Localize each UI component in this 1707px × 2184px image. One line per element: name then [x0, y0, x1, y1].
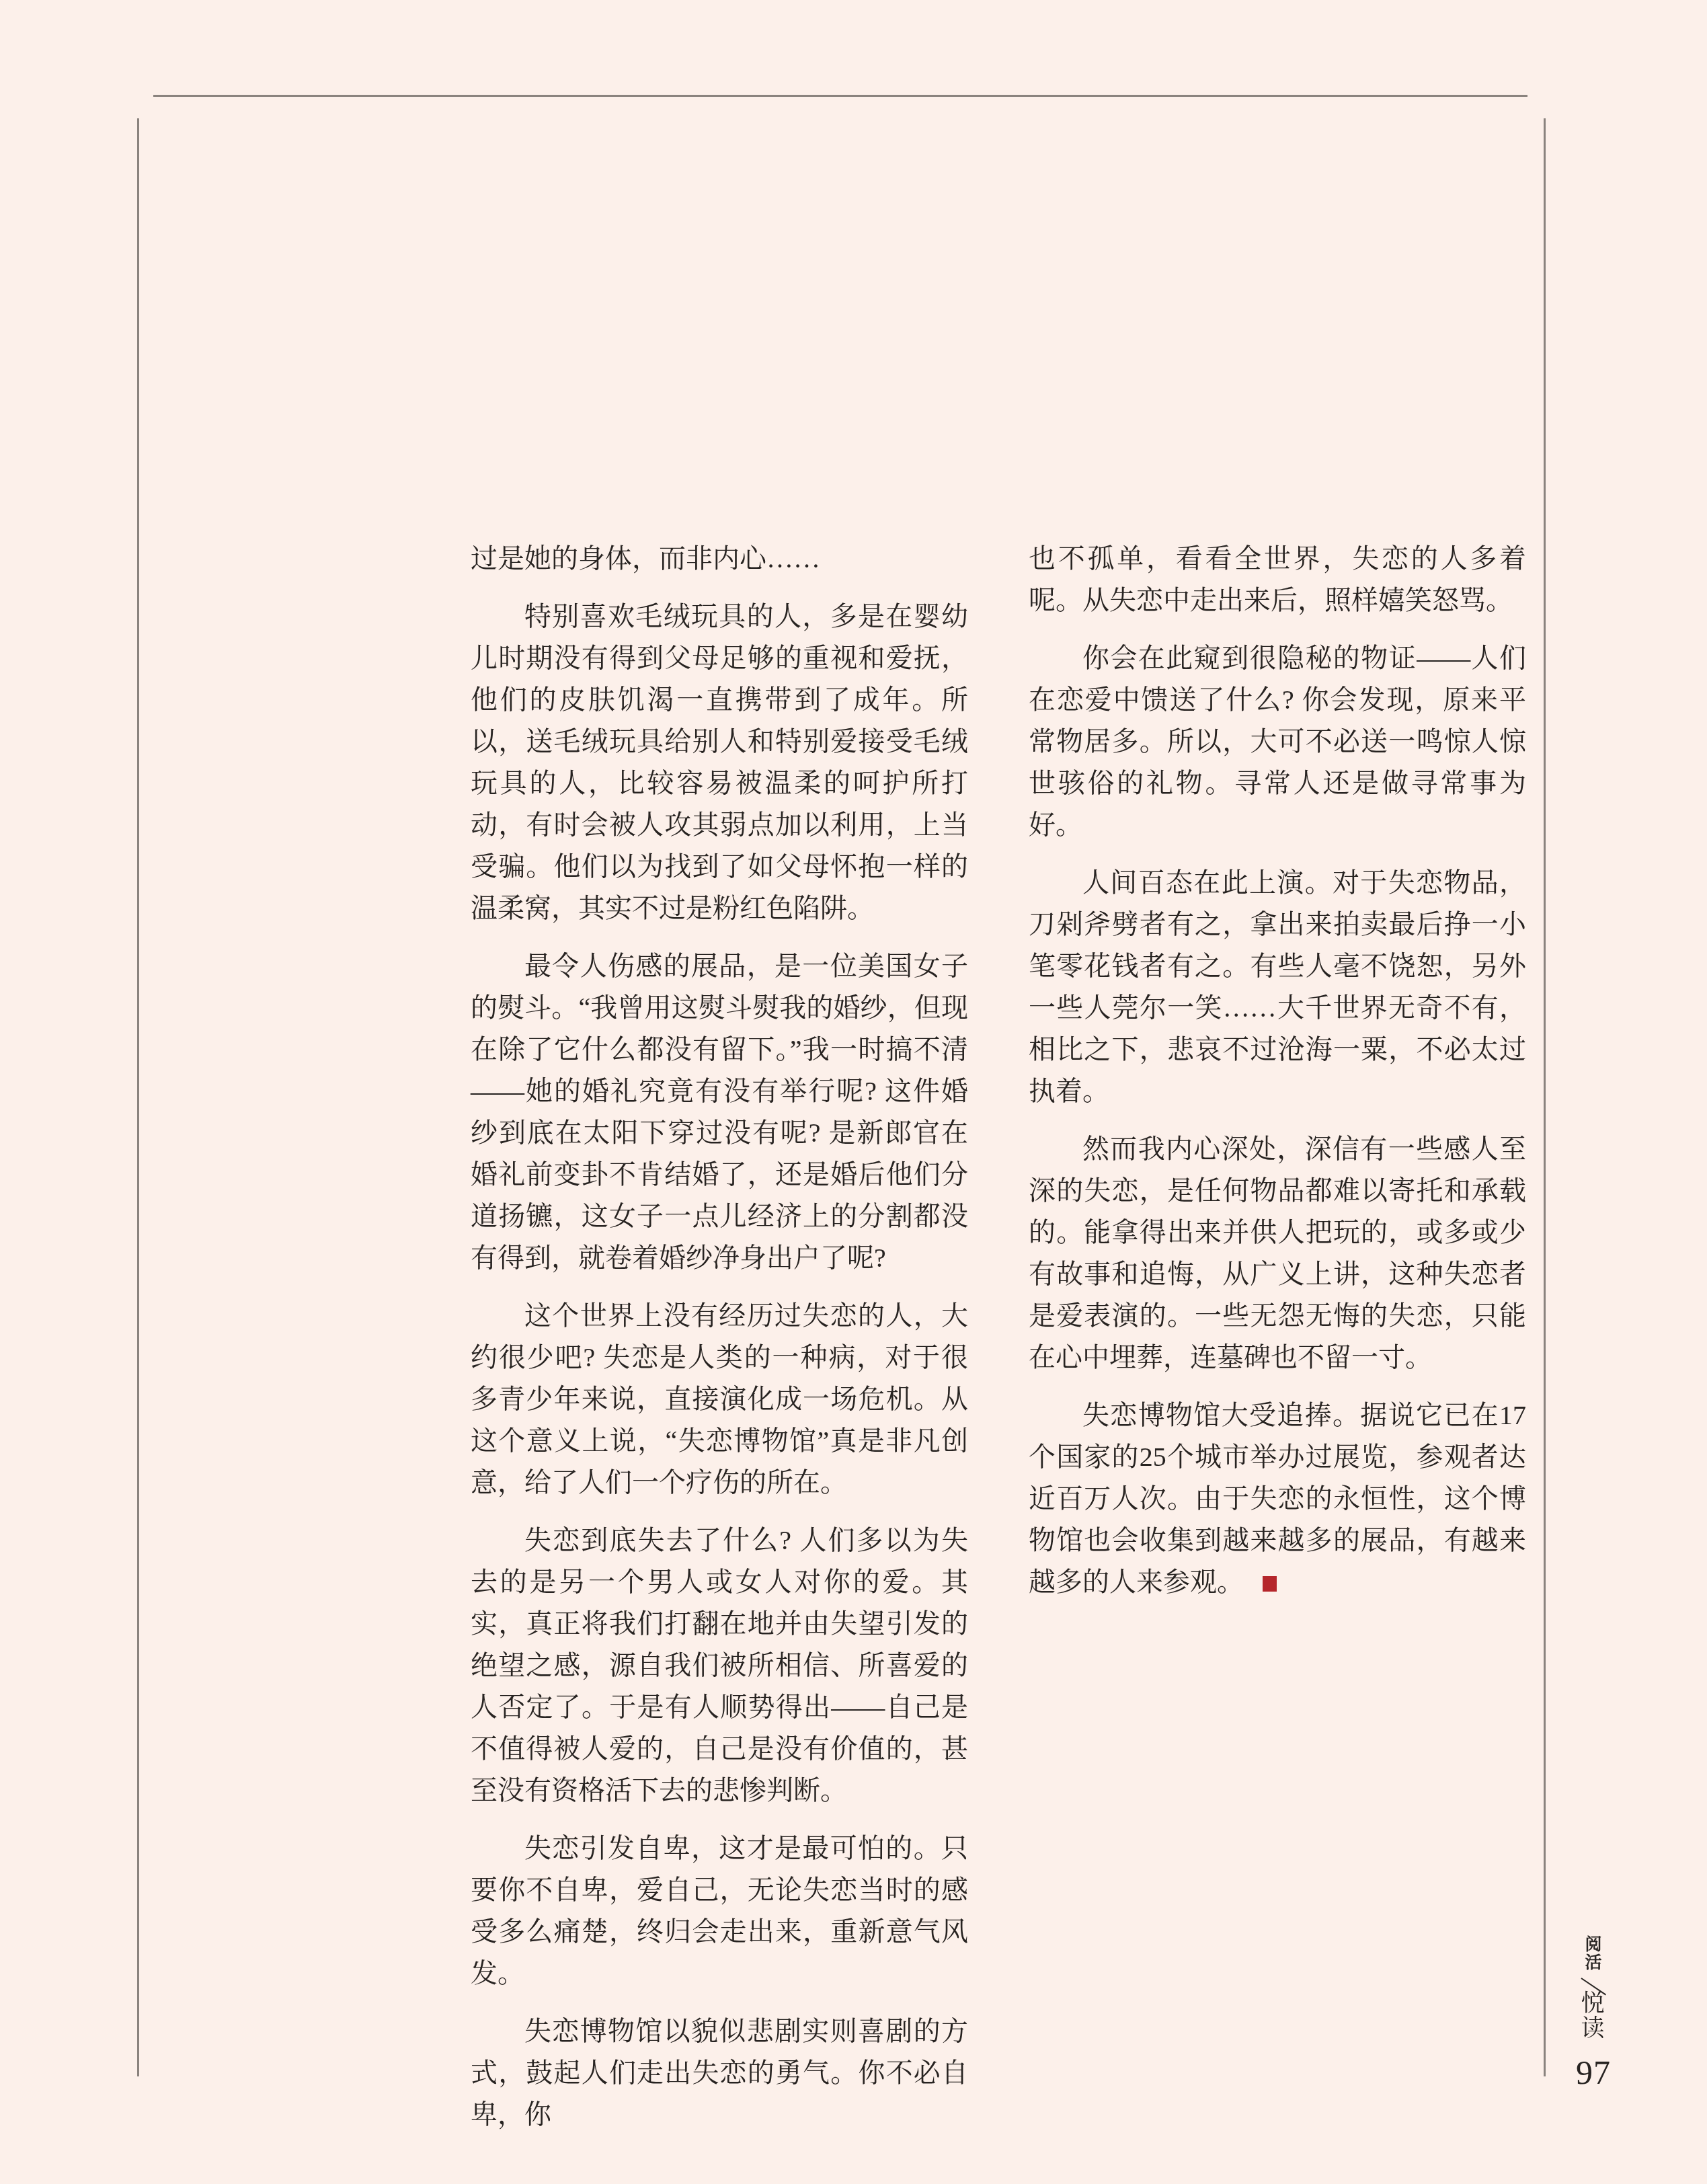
article-left-column: 过是她的身体，而非内心…… 特别喜欢毛绒玩具的人，多是在婴幼儿时期没有得到父母足…: [471, 538, 968, 2136]
paragraph-text: 失恋博物馆大受追捧。据说它已在17个国家的25个城市举办过展览，参观者达近百万人…: [1029, 1400, 1526, 1597]
paragraph: 失恋博物馆以貌似悲剧实则喜剧的方式，鼓起人们走出失恋的勇气。你不必自卑，你: [471, 2011, 968, 2136]
left-rule: [137, 118, 139, 2076]
page-number: 97: [1572, 2054, 1615, 2091]
right-rule: [1544, 118, 1546, 2076]
paragraph: 失恋到底失去了什么? 人们多以为失去的是另一个男人或女人对你的爱。其实，真正将我…: [471, 1520, 968, 1811]
article-right-column: 也不孤单，看看全世界，失恋的人多着呢。从失恋中走出来后，照样嬉笑怒骂。 你会在此…: [1029, 538, 1526, 1603]
paragraph: 最令人伤感的展品，是一位美国女子的熨斗。“我曾用这熨斗熨我的婚纱，但现在除了它什…: [471, 945, 968, 1279]
paragraph: 特别喜欢毛绒玩具的人，多是在婴幼儿时期没有得到父母足够的重视和爱抚，他们的皮肤饥…: [471, 596, 968, 929]
paragraph-continuation: 也不孤单，看看全世界，失恋的人多着呢。从失恋中走出来后，照样嬉笑怒骂。: [1029, 538, 1526, 621]
article-end-mark-icon: [1263, 1576, 1277, 1592]
magazine-page: 过是她的身体，而非内心…… 特别喜欢毛绒玩具的人，多是在婴幼儿时期没有得到父母足…: [0, 0, 1707, 2184]
top-rule: [153, 95, 1527, 97]
paragraph: 人间百态在此上演。对于失恋物品，刀剁斧劈者有之，拿出来拍卖最后挣一小笔零花钱者有…: [1029, 862, 1526, 1112]
paragraph: 你会在此窥到很隐秘的物证——人们在恋爱中馈送了什么? 你会发现，原来平常物居多。…: [1029, 637, 1526, 846]
section-label-bottom: 悦读: [1580, 1991, 1605, 2041]
paragraph-continuation: 过是她的身体，而非内心……: [471, 538, 968, 580]
paragraph: 失恋引发自卑，这才是最可怕的。只要你不自卑，爱自己，无论失恋当时的感受多么痛楚，…: [471, 1828, 968, 1994]
paragraph: 然而我内心深处，深信有一些感人至深的失恋，是任何物品都难以寄托和承载的。能拿得出…: [1029, 1128, 1526, 1378]
paragraph: 这个世界上没有经历过失恋的人，大约很少吧? 失恋是人类的一种病，对于很多青少年来…: [471, 1295, 968, 1504]
paragraph-final: 失恋博物馆大受追捧。据说它已在17个国家的25个城市举办过展览，参观者达近百万人…: [1029, 1395, 1526, 1603]
section-label-top: 阅活: [1584, 1936, 1603, 1972]
